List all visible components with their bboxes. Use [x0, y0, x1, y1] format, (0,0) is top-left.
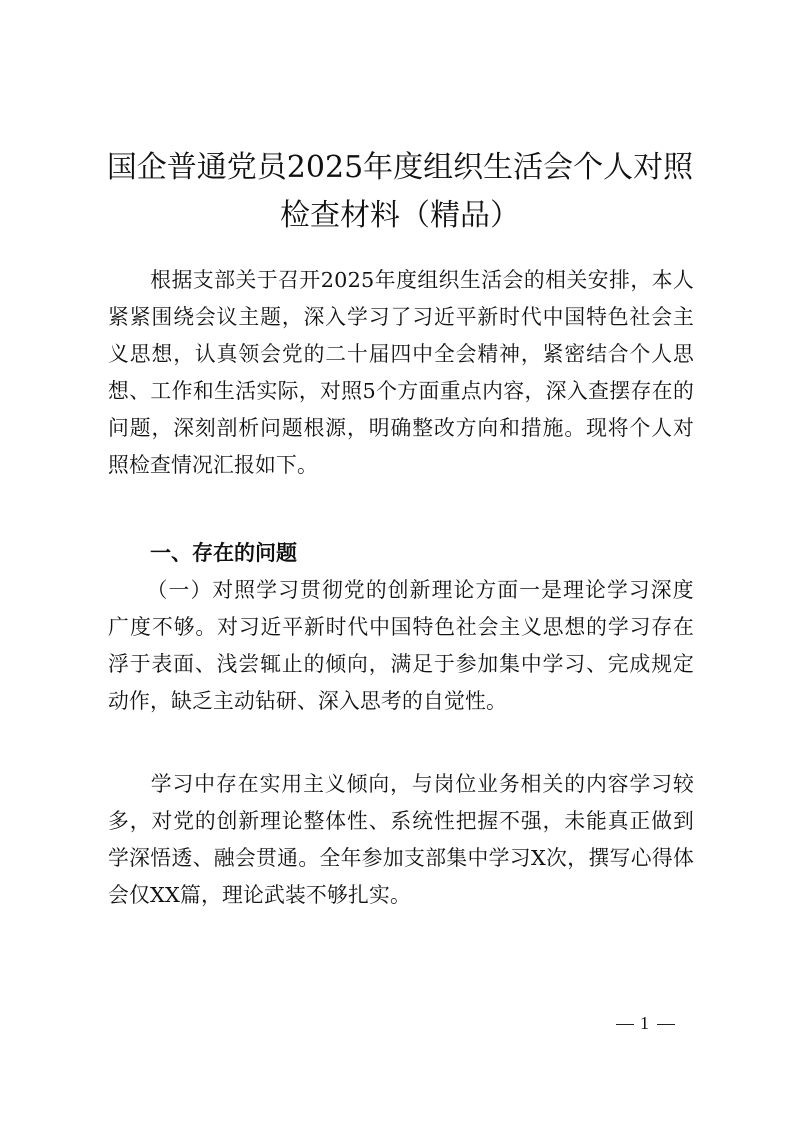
- paragraph-2-text: 学习中存在实用主义倾向，与岗位业务相关的内容学习较多，对党的创新理论整体性、系统…: [108, 772, 694, 907]
- subsection-paragraph: （一）对照学习贯彻党的创新理论方面一是理论学习深度广度不够。对习近平新时代中国特…: [108, 572, 694, 720]
- dash-left: [616, 1024, 634, 1025]
- section-heading: 一、存在的问题: [150, 535, 297, 572]
- dash-right: [657, 1024, 675, 1025]
- intro-paragraph-text: 根据支部关于召开2025年度组织生活会的相关安排，本人紧紧围绕会议主题，深入学习…: [108, 268, 694, 477]
- subsection-text: 不够。对习近平新时代中国特色社会主义思想的学习存在浮于表面、浅尝辄止的倾向，满足…: [108, 615, 694, 713]
- page-number: 1: [610, 1013, 681, 1034]
- title-line-1: 国企普通党员2025年度组织生活会个人对照: [100, 144, 700, 192]
- document-title: 国企普通党员2025年度组织生活会个人对照 检查材料（精品）: [100, 144, 700, 240]
- document-page: 国企普通党员2025年度组织生活会个人对照 检查材料（精品） 根据支部关于召开2…: [0, 0, 793, 1122]
- intro-paragraph: 根据支部关于召开2025年度组织生活会的相关安排，本人紧紧围绕会议主题，深入学习…: [108, 262, 694, 484]
- title-line-2: 检查材料（精品）: [100, 192, 700, 240]
- paragraph-2: 学习中存在实用主义倾向，与岗位业务相关的内容学习较多，对党的创新理论整体性、系统…: [108, 766, 694, 914]
- page-number-value: 1: [640, 1013, 651, 1033]
